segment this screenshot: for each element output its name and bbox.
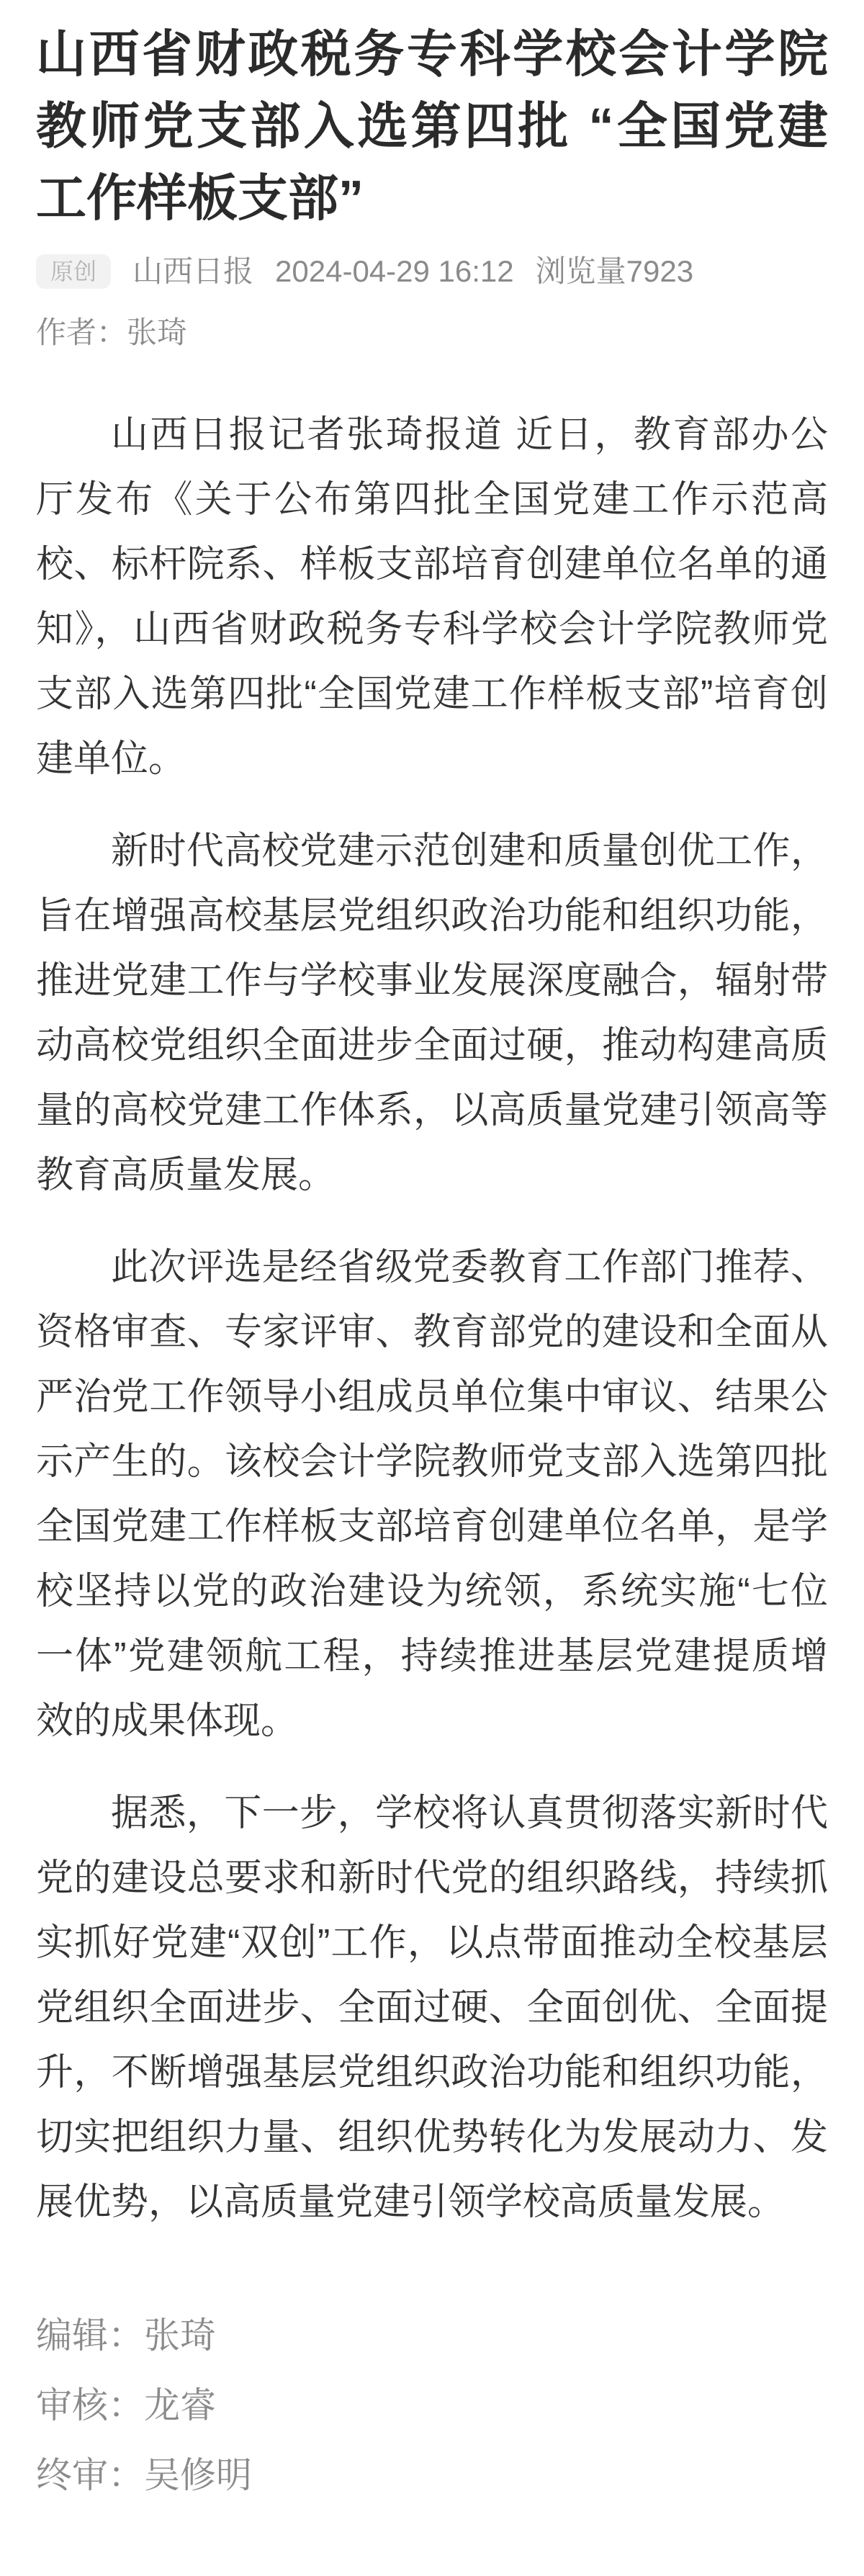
credit-line-final-reviewer: 终审：吴修明 (36, 2441, 828, 2510)
original-badge: 原创 (36, 254, 111, 289)
article-paragraph: 山西日报记者张琦报道 近日，教育部办公厅发布《关于公布第四批全国党建工作示范高校… (36, 403, 828, 791)
article-page: 山西省财政税务专科学校会计学院教师党支部入选第四批 “全国党建工作样板支部” 原… (0, 0, 864, 2576)
article-title: 山西省财政税务专科学校会计学院教师党支部入选第四批 “全国党建工作样板支部” (36, 18, 828, 234)
article-paragraph: 新时代高校党建示范创建和质量创优工作，旨在增强高校基层党组织政治功能和组织功能，… (36, 819, 828, 1208)
view-count: 浏览量7923 (536, 254, 693, 289)
source-name: 山西日报 (132, 254, 253, 289)
credit-line-reviewer: 审核：龙睿 (36, 2371, 828, 2441)
credit-line-editor: 编辑：张琦 (36, 2301, 828, 2371)
author-line: 作者：张琦 (36, 310, 828, 355)
article-credits: 编辑：张琦 审核：龙睿 终审：吴修明 (36, 2301, 828, 2539)
article-paragraph: 此次评选是经省级党委教育工作部门推荐、资格审查、专家评审、教育部党的建设和全面从… (36, 1235, 828, 1754)
article-paragraph: 据悉，下一步，学校将认真贯彻落实新时代党的建设总要求和新时代党的组织路线，持续抓… (36, 1781, 828, 2235)
article-meta-row: 原创 山西日报 2024-04-29 16:12 浏览量7923 (36, 254, 828, 289)
publish-datetime: 2024-04-29 16:12 (275, 254, 514, 289)
article-body: 山西日报记者张琦报道 近日，教育部办公厅发布《关于公布第四批全国党建工作示范高校… (36, 403, 828, 2235)
